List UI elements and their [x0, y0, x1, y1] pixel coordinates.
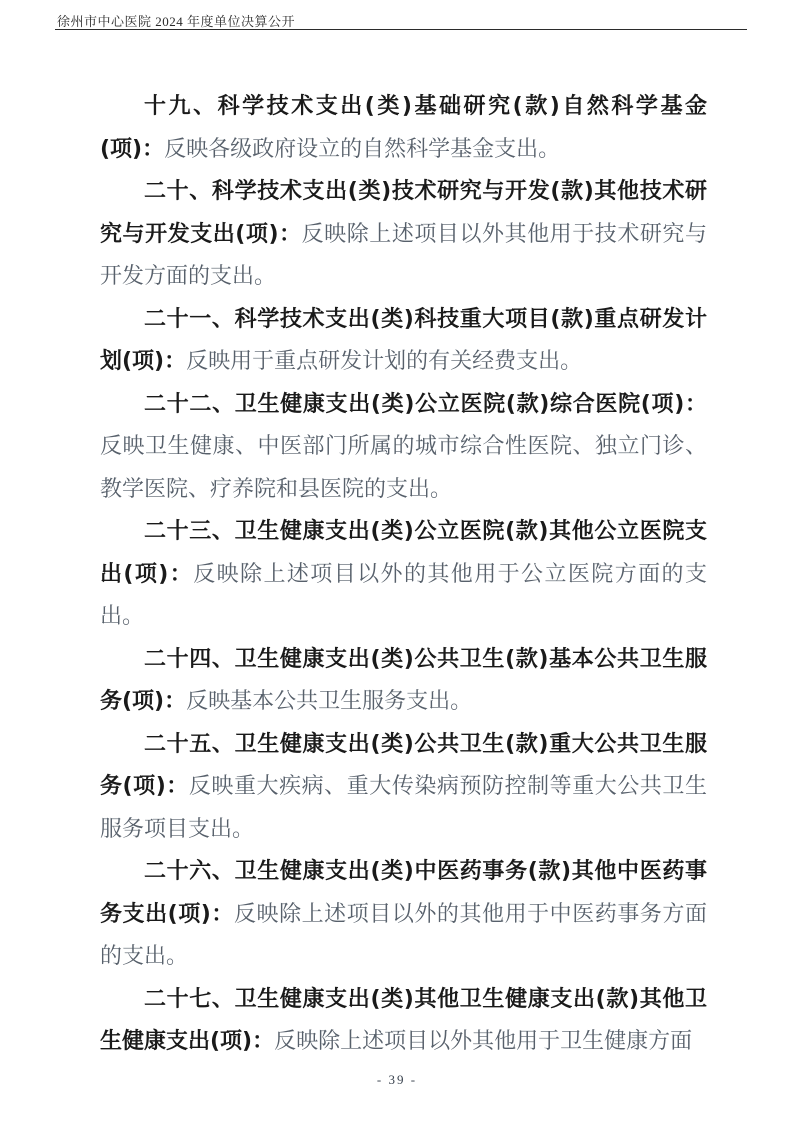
- page-number: - 39 -: [0, 1072, 794, 1088]
- header-rule-divider: [55, 29, 747, 30]
- paragraph-item-21: 二十一、科学技术支出(类)科技重大项目(款)重点研发计划(项)：反映用于重点研发…: [100, 299, 707, 384]
- document-page: { "header": { "title": "徐州市中心医院 2024 年度单…: [0, 0, 794, 1123]
- paragraph-text: 反映卫生健康、中医部门所属的城市综合性医院、独立门诊、教学医院、疗养院和县医院的…: [100, 434, 707, 502]
- paragraph-text: 反映基本公共卫生服务支出。: [186, 689, 472, 714]
- paragraph-text: 反映用于重点研发计划的有关经费支出。: [186, 349, 582, 374]
- paragraph-heading: 二十二、卫生健康支出(类)公立医院(款)综合医院(项)：: [144, 392, 707, 417]
- paragraph-item-20: 二十、科学技术支出(类)技术研究与开发(款)其他技术研究与开发支出(项)：反映除…: [100, 171, 707, 299]
- paragraph-item-25: 二十五、卫生健康支出(类)公共卫生(款)重大公共卫生服务(项)：反映重大疾病、重…: [100, 724, 707, 852]
- paragraph-item-23: 二十三、卫生健康支出(类)公立医院(款)其他公立医院支出(项)：反映除上述项目以…: [100, 511, 707, 639]
- paragraph-item-24: 二十四、卫生健康支出(类)公共卫生(款)基本公共卫生服务(项)：反映基本公共卫生…: [100, 639, 707, 724]
- paragraph-item-22: 二十二、卫生健康支出(类)公立医院(款)综合医院(项)：反映卫生健康、中医部门所…: [100, 384, 707, 512]
- paragraph-text: 反映重大疾病、重大传染病预防控制等重大公共卫生服务项目支出。: [100, 774, 707, 842]
- document-header-title: 徐州市中心医院 2024 年度单位决算公开: [57, 11, 295, 30]
- paragraph-item-19: 十九、科学技术支出(类)基础研究(款)自然科学基金(项)：反映各级政府设立的自然…: [100, 86, 707, 171]
- paragraph-item-26: 二十六、卫生健康支出(类)中医药事务(款)其他中医药事务支出(项)：反映除上述项…: [100, 851, 707, 979]
- paragraph-item-27: 二十七、卫生健康支出(类)其他卫生健康支出(款)其他卫生健康支出(项)：反映除上…: [100, 979, 707, 1064]
- paragraph-text: 反映各级政府设立的自然科学基金支出。: [164, 137, 560, 162]
- paragraph-text: 反映除上述项目以外其他用于卫生健康方面: [274, 1029, 692, 1054]
- document-body: 十九、科学技术支出(类)基础研究(款)自然科学基金(项)：反映各级政府设立的自然…: [100, 86, 707, 1064]
